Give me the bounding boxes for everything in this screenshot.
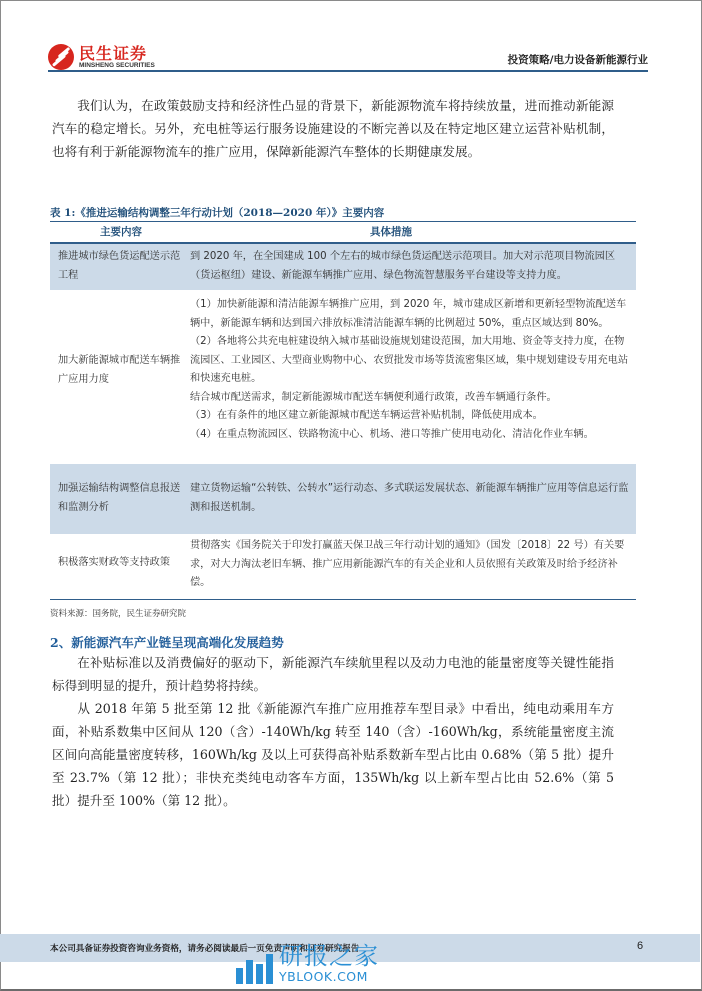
table-row: 积极落实财政等支持政策 贯彻落实《国务院关于印发打赢蓝天保卫战三年行动计划的通知… xyxy=(50,534,636,599)
row-item: 加大新能源城市配送车辆推广应用力度 xyxy=(58,352,188,389)
measure-1: （1）加快新能源和清洁能源车辆推广应用，到 2020 年，城市建成区新增和更新轻… xyxy=(190,296,630,333)
row-item: 加强运输结构调整信息报送和监测分析 xyxy=(58,480,188,517)
section-paragraph-1: 在补贴标准以及消费偏好的驱动下，新能源汽车续航里程以及动力电池的能量密度等关键性… xyxy=(52,651,614,697)
section-paragraph-1-text: 在补贴标准以及消费偏好的驱动下，新能源汽车续航里程以及动力电池的能量密度等关键性… xyxy=(52,655,614,693)
logo-swoosh-icon xyxy=(48,44,74,70)
watermark: 研报之家 YBLOOK.COM xyxy=(236,943,379,984)
table-bottom-rule xyxy=(50,599,636,600)
table-row: 加强运输结构调整信息报送和监测分析 建立货物运输“公转铁、公转水”运行动态、多式… xyxy=(50,464,636,534)
section-heading: 2、新能源汽车产业链呈现高端化发展趋势 xyxy=(50,633,284,651)
logo-english-name: MINSHENG SECURITIES xyxy=(79,62,155,70)
logo-chinese-name: 民生证券 xyxy=(79,45,155,62)
section-paragraph-2-text: 从 2018 年第 5 批至第 12 批《新能源汽车推广应用推荐车型目录》中看出… xyxy=(52,701,614,808)
header-divider xyxy=(48,70,648,72)
table-row: 推进城市绿色货运配送示范工程 到 2020 年，在全国建成 100 个左右的城市… xyxy=(50,244,636,290)
minsheng-logo: 民生证券 MINSHENG SECURITIES xyxy=(48,44,155,70)
column-header-main-content: 主要内容 xyxy=(100,224,142,239)
table-source: 资料来源：国务院，民生证券研究院 xyxy=(50,607,186,619)
row-item: 积极落实财政等支持政策 xyxy=(58,554,188,573)
page-number: 6 xyxy=(637,940,643,952)
measure-4: （4）在重点物流园区、铁路物流中心、机场、港口等推广使用电动化、清洁化作业车辆。 xyxy=(190,426,630,445)
row-measures: 贯彻落实《国务院关于印发打赢蓝天保卫战三年行动计划的通知》（国发〔2018〕22… xyxy=(190,537,630,593)
intro-paragraph-text: 我们认为，在政策鼓励支持和经济性凸显的背景下，新能源物流车将持续放量，进而推动新… xyxy=(52,98,614,159)
measure-2: （2）各地将公共充电桩建设纳入城市基础设施规划建设范围，加大用地、资金等支持力度… xyxy=(190,333,630,389)
row-measures: 建立货物运输“公转铁、公转水”运行动态、多式联运发展状态、新能源车辆推广应用等信… xyxy=(190,480,630,517)
report-category: 投资策略/电力设备新能源行业 xyxy=(508,52,648,67)
table-top-rule xyxy=(50,221,636,222)
section-paragraph-2: 从 2018 年第 5 批至第 12 批《新能源汽车推广应用推荐车型目录》中看出… xyxy=(52,697,614,812)
row-measures: 到 2020 年，在全国建成 100 个左右的城市绿色货运配送示范项目。加大对示… xyxy=(190,248,630,285)
table-row: 加大新能源城市配送车辆推广应用力度 （1）加快新能源和清洁能源车辆推广应用，到 … xyxy=(50,290,636,473)
measure-3: （3）在有条件的地区建立新能源城市配送车辆运营补贴机制，降低使用成本。 xyxy=(190,407,630,426)
watermark-english: YBLOOK.COM xyxy=(279,969,379,984)
watermark-chinese: 研报之家 xyxy=(279,943,379,969)
table-title: 表 1:《推进运输结构调整三年行动计划（2018—2020 年）》主要内容 xyxy=(50,205,384,220)
row-item: 推进城市绿色货运配送示范工程 xyxy=(58,248,188,285)
page-header: 民生证券 MINSHENG SECURITIES 投资策略/电力设备新能源行业 xyxy=(48,44,648,72)
watermark-bar-chart-icon xyxy=(236,946,273,984)
intro-paragraph: 我们认为，在政策鼓励支持和经济性凸显的背景下，新能源物流车将持续放量，进而推动新… xyxy=(52,94,614,163)
column-header-measures: 具体措施 xyxy=(370,224,412,239)
measure-2b: 结合城市配送需求，制定新能源城市配送车辆便利通行政策，改善车辆通行条件。 xyxy=(190,389,630,408)
row-measures: （1）加快新能源和清洁能源车辆推广应用，到 2020 年，城市建成区新增和更新轻… xyxy=(190,296,630,444)
